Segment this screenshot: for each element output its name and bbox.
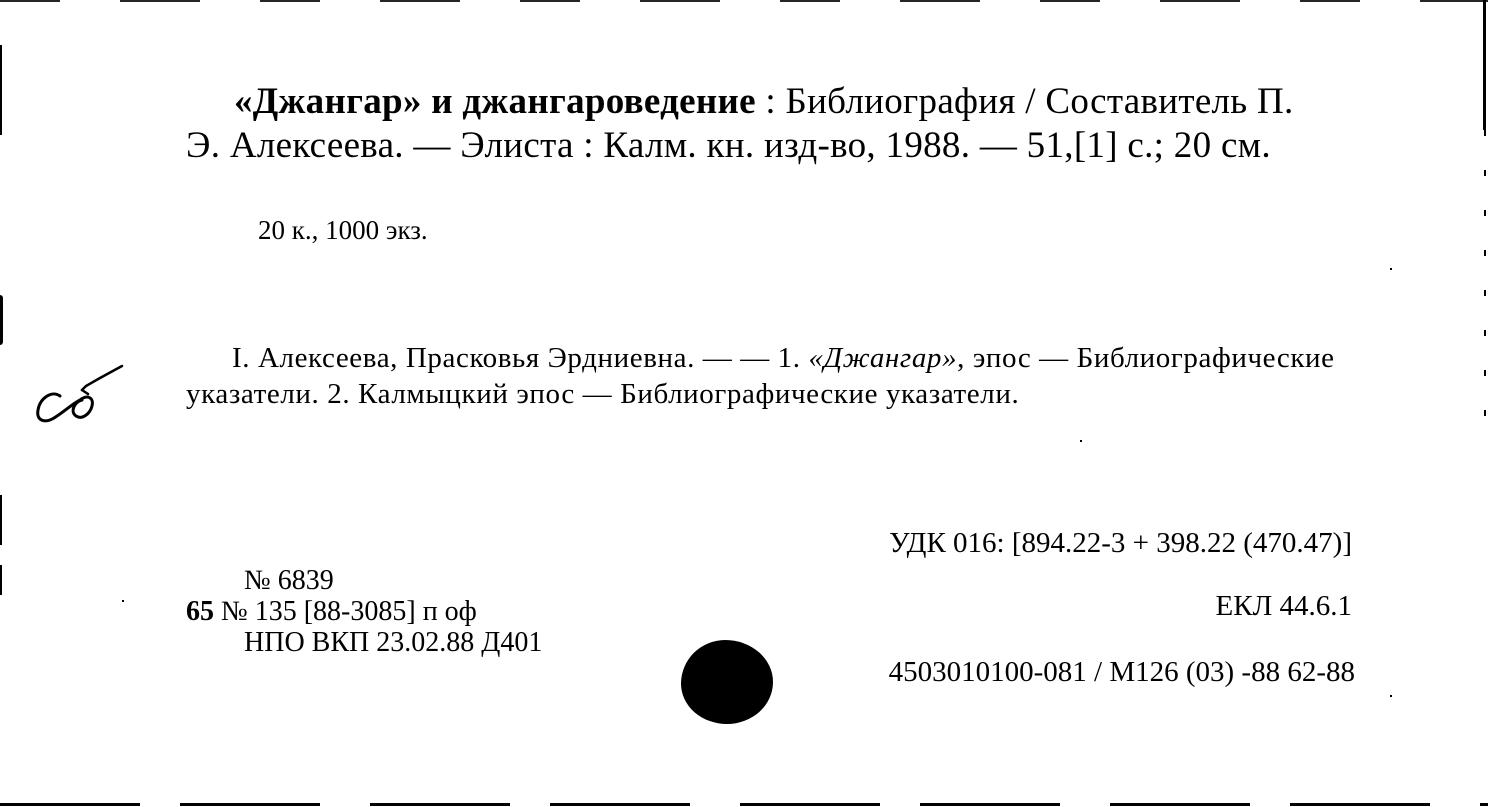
subject-italic: «Джангар» <box>808 342 957 374</box>
ekl-classification: ЕКЛ 44.6.1 <box>1216 588 1352 624</box>
catalog-code: 4503010100-081 / М126 (03) -88 62-88 <box>889 654 1355 690</box>
scan-edge-top <box>0 0 1488 2</box>
udk-classification: УДК 016: [894.22-3 + 398.22 (470.47)] <box>889 525 1352 561</box>
scan-speck <box>1390 268 1392 270</box>
scan-speck <box>1080 440 1082 442</box>
catalog-card: «Джангар» и джангароведение : Библиограф… <box>0 0 1488 807</box>
punch-hole-icon <box>681 640 773 724</box>
handwritten-mark-icon <box>30 350 130 430</box>
price-and-print-run: 20 к., 1000 экз. <box>258 214 428 246</box>
scan-edge-left <box>0 495 2 545</box>
scan-edge-left <box>0 295 3 345</box>
order-line: 65 № 135 [88-3085] п оф <box>186 596 542 627</box>
scan-edge-right-dashes <box>1484 130 1486 450</box>
scan-speck <box>1390 695 1392 697</box>
scan-edge-bottom <box>0 803 1488 806</box>
scan-edge-left <box>0 565 2 595</box>
order-prefix: 65 <box>186 596 214 627</box>
scan-edge-left <box>0 45 2 135</box>
author-tracing: I. Алексеева, Прасковья Эрдниевна. — — 1… <box>232 342 808 374</box>
printer-line: НПО ВКП 23.02.88 Д401 <box>186 627 542 658</box>
subject-tracings: I. Алексеева, Прасковья Эрдниевна. — — 1… <box>186 340 1341 412</box>
printing-imprint: № 6839 65 № 135 [88-3085] п оф НПО ВКП 2… <box>186 565 542 658</box>
bibliographic-description: «Джангар» и джангароведение : Библиограф… <box>186 80 1336 168</box>
order-details: № 135 [88-3085] п оф <box>214 596 477 627</box>
scan-edge-right <box>1483 0 1486 130</box>
scan-speck <box>122 600 124 602</box>
card-number: № 6839 <box>186 565 542 596</box>
book-title: «Джангар» и джангароведение <box>234 81 756 122</box>
